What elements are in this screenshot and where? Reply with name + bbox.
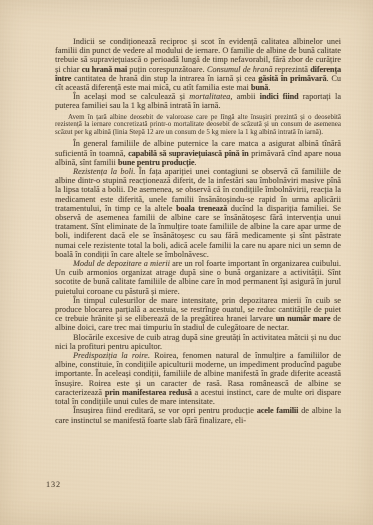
italic-text-segment: Predispoziția la roire.: [73, 351, 150, 360]
text-segment: Blocările excesive de cuib atrag după si…: [55, 333, 341, 351]
italic-text-segment: Consumul de hrană: [207, 65, 273, 74]
text-segment: .: [268, 83, 270, 92]
text-segment: , ambii: [230, 92, 259, 101]
italic-text-segment: Rezistența la boli.: [73, 167, 135, 176]
emphasized-text-segment: boala trenează: [176, 204, 227, 213]
scanned-book-page: Indicii se condiționează reciproc și sco…: [0, 0, 373, 525]
text-segment: .: [194, 158, 196, 167]
paragraph-6: Modul de depozitare a mierii are un rol …: [55, 259, 341, 296]
text-segment: Însușirea fiind ereditară, se vor opri p…: [73, 406, 257, 415]
emphasized-text-segment: cu hrană mai: [82, 65, 127, 74]
page-text-block: Indicii se condiționează reciproc și sco…: [55, 37, 341, 425]
emphasized-text-segment: indici fiind: [260, 92, 299, 101]
text-segment: cantitatea de hrană din stup la intrarea…: [71, 74, 258, 83]
paragraph-5: Rezistența la boli. În fața apariției un…: [55, 167, 341, 259]
paragraph-10: Însușirea fiind ereditară, se vor opri p…: [55, 406, 341, 424]
text-segment: În același mod se calculează și: [73, 92, 189, 101]
paragraph-8: Blocările excesive de cuib atrag după si…: [55, 333, 341, 351]
italic-text-segment: Modul de depozitare a mierii: [73, 259, 170, 268]
text-segment: Avem în țară albine deosebit de valoroas…: [55, 114, 341, 136]
emphasized-text-segment: acele familii: [257, 406, 299, 415]
paragraph-4: În general familiile de albine puternice…: [55, 139, 341, 167]
emphasized-text-segment: un număr mare: [276, 314, 331, 323]
text-segment: reprezintă: [273, 65, 311, 74]
paragraph-7: În timpul culesurilor de mare intensitat…: [55, 296, 341, 333]
paragraph-3: Avem în țară albine deosebit de valoroas…: [55, 114, 341, 137]
paragraph-9: Predispoziția la roire. Roirea, fenomen …: [55, 351, 341, 406]
paragraph-2: În același mod se calculează și mortalit…: [55, 92, 341, 110]
page-number: 132: [46, 480, 61, 489]
italic-text-segment: mortalitatea: [189, 92, 230, 101]
emphasized-text-segment: capabilă să supraviețuiască pînă în: [128, 149, 248, 158]
emphasized-text-segment: prin manifestarea redusă: [105, 388, 192, 397]
emphasized-text-segment: găsită în primăvară: [258, 74, 326, 83]
paragraph-1: Indicii se condiționează reciproc și sco…: [55, 37, 341, 92]
emphasized-text-segment: bună: [251, 83, 268, 92]
emphasized-text-segment: bune pentru producție: [118, 158, 194, 167]
text-segment: ducînd la dispariția familiei. Se observ…: [55, 204, 341, 259]
text-segment: puțin corespunzătoare.: [127, 65, 207, 74]
